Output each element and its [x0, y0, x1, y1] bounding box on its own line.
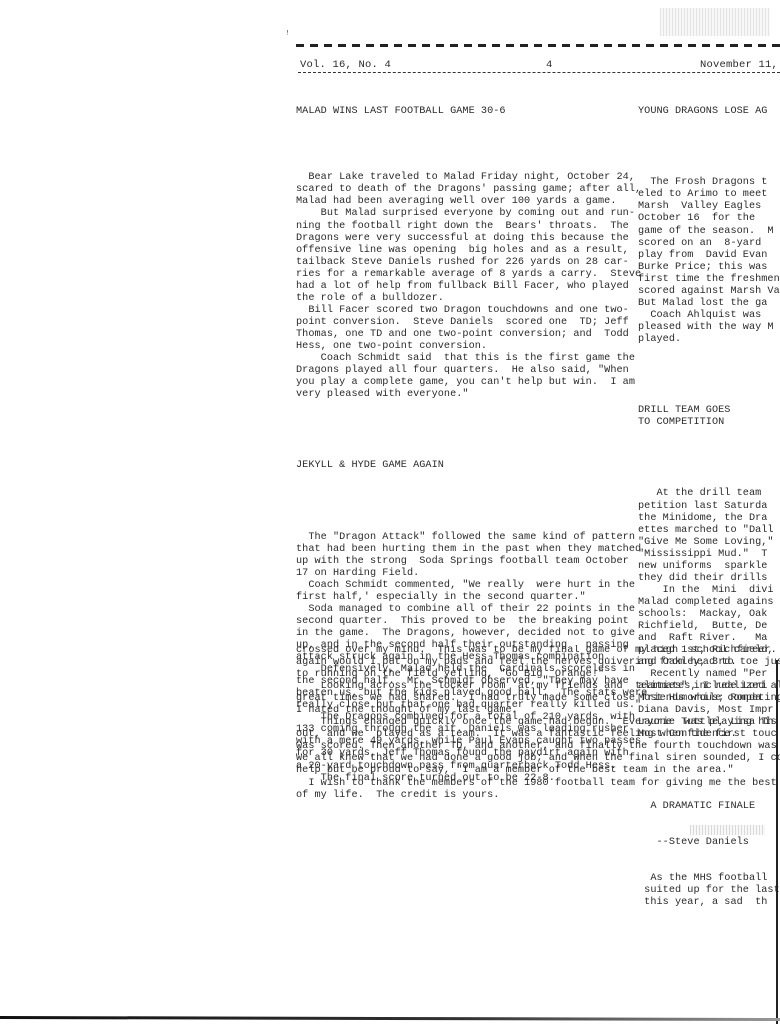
text-line: Malad completed agains: [638, 597, 780, 609]
text-line: Malad had been averaging well over 100 y…: [296, 196, 631, 208]
scan-artifact: [690, 825, 765, 835]
article-dramatic-finale-intro: As the MHS football suited up for the la…: [638, 873, 780, 909]
text-line: first half,' especially in the second qu…: [296, 592, 631, 604]
text-line: I wish to thank the members of the 1980 …: [296, 778, 780, 790]
text-line: Burke Price; this was: [638, 262, 780, 274]
text-line: I hated the thought of my last game.: [296, 705, 780, 717]
text-line: DRILL TEAM GOES: [638, 405, 780, 417]
text-line: ries for a remarkable average of 8 yards…: [296, 269, 631, 281]
dashed-rule: [296, 44, 780, 47]
text-line: offensive line was opening big holes and…: [296, 245, 631, 257]
headline-drill-team: DRILL TEAM GOESTO COMPETITION: [638, 405, 780, 429]
text-line: in the game. The Dragons, however, decid…: [296, 628, 631, 640]
text-line: suited up for the last: [638, 885, 780, 897]
text-line: At the drill team: [638, 488, 780, 500]
text-line: to running on the field yelling, "Go Big…: [296, 669, 780, 681]
byline: --Steve Daniels: [638, 837, 780, 849]
text-line: Richfield, Butte, De: [638, 621, 780, 633]
text-line: ettes marched to "Dall: [638, 525, 780, 537]
text-line: played.: [638, 334, 780, 346]
text-line: the role of a bulldozer.: [296, 293, 631, 305]
text-line: In the Mini divi: [638, 585, 780, 597]
volume-issue: Vol. 16, No. 4: [300, 58, 391, 72]
text-line: they did their drills: [638, 573, 780, 585]
text-line: crossed over my mind. This was to be my …: [296, 645, 780, 657]
text-line: point conversion. Steve Daniels scored o…: [296, 317, 631, 329]
text-line: schools: Mackay, Oak: [638, 609, 780, 621]
page-edge: [776, 660, 778, 1024]
text-line: TO COMPETITION: [638, 417, 780, 429]
masthead: Vol. 16, No. 4 4 November 11,: [298, 58, 780, 73]
article-young-dragons-body: The Frosh Dragons teled to Arimo to meet…: [638, 177, 780, 346]
headline-dramatic-finale: A DRAMATIC FINALE: [638, 801, 780, 813]
text-line: As the MHS football: [638, 873, 780, 885]
text-line: Things changed quickly once the game had…: [296, 717, 780, 729]
article-dramatic-finale-continued: crossed over my mind. This was to be my …: [296, 645, 780, 802]
text-line: The Frosh Dragons t: [638, 177, 780, 189]
text-line: Thomas, one TD and one two-point convers…: [296, 329, 631, 341]
headline-malad-wins: MALAD WINS LAST FOOTBALL GAME 30-6: [296, 106, 631, 118]
text-line: "Give Me Some Loving,": [638, 537, 780, 549]
text-line: Looking across the locker room at my fri…: [296, 681, 780, 693]
text-line: Bear Lake traveled to Malad Friday night…: [296, 172, 631, 184]
text-line: very pleased with everyone.": [296, 389, 631, 401]
text-line: had a lot of help from fullback Bill Fac…: [296, 281, 631, 293]
text-line: petition last Saturda: [638, 501, 780, 513]
text-line: Coach Schmidt commented, "We really were…: [296, 580, 631, 592]
article-malad-wins-body: Bear Lake traveled to Malad Friday night…: [296, 172, 631, 401]
text-line: new uniforms sparkle: [638, 561, 780, 573]
text-line: scored on an 8-yard: [638, 238, 780, 250]
text-line: But Malad lost the ga: [638, 298, 780, 310]
scan-artifact: [660, 8, 770, 36]
text-line: Hess, one two-point conversion.: [296, 341, 631, 353]
text-line: up with the strong Soda Springs football…: [296, 556, 631, 568]
text-line: again would I put on my pads and feel th…: [296, 657, 780, 669]
text-line: of my life. The credit is yours.: [296, 790, 780, 802]
text-line: The "Dragon Attack" followed the same ki…: [296, 532, 631, 544]
text-line: tailback Steve Daniels rushed for 226 ya…: [296, 257, 631, 269]
headline-jekyll-hyde: JEKYLL & HYDE GAME AGAIN: [296, 460, 631, 472]
text-line: "Mississippi Mud." T: [638, 549, 780, 561]
text-line: play from David Evan: [638, 250, 780, 262]
text-line: Dragons played all four quarters. He als…: [296, 365, 631, 377]
text-line: scored against Marsh Va: [638, 286, 780, 298]
text-line: second quarter. This proved to be the br…: [296, 616, 631, 628]
text-line: But Malad surprised everyone by coming o…: [296, 208, 631, 220]
text-line: you play a complete game, you can't help…: [296, 377, 631, 389]
text-line: pleased with the way M: [638, 322, 780, 334]
text-line: ning the football right down the Bears' …: [296, 221, 631, 233]
corner-mark: ꜝ: [285, 32, 290, 41]
text-line: help but be proud to say, "I am a member…: [296, 765, 780, 777]
text-line: out, and we played as a team. It was a f…: [296, 729, 780, 741]
text-line: Bill Facer scored two Dragon touchdowns …: [296, 305, 631, 317]
page-number: 4: [546, 58, 553, 72]
text-line: Coach Schmidt said that this is the firs…: [296, 353, 631, 365]
text-line: Dragons were very successful at doing th…: [296, 233, 631, 245]
text-line: Soda managed to combine all of their 22 …: [296, 604, 631, 616]
page-edge: [0, 1016, 780, 1021]
text-line: October 16 for the: [638, 213, 780, 225]
text-line: eled to Arimo to meet: [638, 189, 780, 201]
text-line: the Minidome, the Dra: [638, 513, 780, 525]
headline-young-dragons: YOUNG DRAGONS LOSE AG: [638, 106, 780, 118]
text-line: first time the freshmen: [638, 274, 780, 286]
text-line: and Raft River. Ma: [638, 633, 780, 645]
text-line: was scored. Then another TD, and another…: [296, 741, 780, 753]
text-line: game of the season. M: [638, 226, 780, 238]
text-line: 17 on Harding Field.: [296, 568, 631, 580]
text-line: Coach Ahlquist was: [638, 310, 780, 322]
text-line: this year, a sad th: [638, 897, 780, 909]
text-line: that had been hurting them in the past w…: [296, 544, 631, 556]
text-line: great times we had shared. I had truly m…: [296, 693, 780, 705]
text-line: scared to death of the Dragons' passing …: [296, 184, 631, 196]
text-line: Marsh Valley Eagles: [638, 201, 780, 213]
text-line: We all knew that we had done a good job;…: [296, 753, 780, 765]
issue-date: November 11,: [700, 58, 778, 72]
